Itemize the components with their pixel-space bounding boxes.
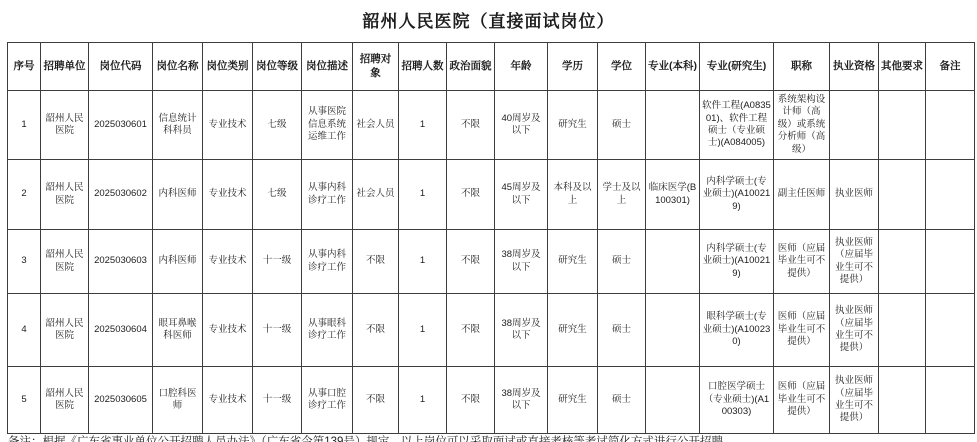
- table-cell: 社会人员: [353, 91, 399, 160]
- table-cell: 2025030601: [89, 91, 153, 160]
- table-cell: [646, 230, 700, 294]
- table-cell: 执业医师（应届毕业生可不提供）: [830, 367, 879, 434]
- column-header: 学位: [598, 43, 646, 91]
- table-cell: 2025030602: [89, 160, 153, 230]
- table-cell: 2025030604: [89, 294, 153, 367]
- table-cell: 内科医师: [153, 160, 203, 230]
- table-cell: 38周岁及以下: [495, 294, 548, 367]
- table-cell: 眼耳鼻喉科医师: [153, 294, 203, 367]
- table-cell: 1: [8, 91, 41, 160]
- table-cell: [926, 367, 975, 434]
- table-cell: 韶州人民医院: [41, 230, 89, 294]
- table-cell: 从事内科诊疗工作: [302, 160, 353, 230]
- table-cell: 1: [399, 160, 447, 230]
- table-header-row: 序号招聘单位岗位代码岗位名称岗位类别岗位等级岗位描述招聘对象招聘人数政治面貌年龄…: [8, 43, 975, 91]
- table-cell: [879, 367, 926, 434]
- table-cell: 医师（应届毕业生可不提供）: [774, 294, 830, 367]
- table-cell: 2: [8, 160, 41, 230]
- table-cell: 1: [399, 367, 447, 434]
- table-cell: [646, 91, 700, 160]
- table-cell: 不限: [447, 230, 495, 294]
- table-cell: 十一级: [253, 367, 302, 434]
- column-header: 招聘单位: [41, 43, 89, 91]
- table-cell: 45周岁及以下: [495, 160, 548, 230]
- table-cell: 内科医师: [153, 230, 203, 294]
- table-cell: 不限: [353, 230, 399, 294]
- table-cell: 3: [8, 230, 41, 294]
- column-header: 职称: [774, 43, 830, 91]
- table-cell: 从事医院信息系统运维工作: [302, 91, 353, 160]
- column-header: 学历: [548, 43, 598, 91]
- table-cell: 信息统计科科员: [153, 91, 203, 160]
- table-cell: 学士及以上: [598, 160, 646, 230]
- table-cell: 韶州人民医院: [41, 91, 89, 160]
- table-cell: 硕士: [598, 367, 646, 434]
- table-cell: 硕士: [598, 91, 646, 160]
- table-cell: 4: [8, 294, 41, 367]
- column-header: 岗位代码: [89, 43, 153, 91]
- table-cell: [879, 160, 926, 230]
- table-cell: 系统架构设计师（高级）或系统分析师（高级）: [774, 91, 830, 160]
- recruitment-table: 序号招聘单位岗位代码岗位名称岗位类别岗位等级岗位描述招聘对象招聘人数政治面貌年龄…: [7, 42, 975, 434]
- column-header: 岗位等级: [253, 43, 302, 91]
- page: 韶州人民医院（直接面试岗位） 序号招聘单位岗位代码岗位名称岗位类别岗位等级岗位描…: [0, 0, 977, 442]
- table-cell: 不限: [447, 160, 495, 230]
- table-cell: [879, 91, 926, 160]
- column-header: 专业(研究生): [700, 43, 774, 91]
- table-cell: 眼科学硕士(专业硕士)(A100230): [700, 294, 774, 367]
- table-cell: [926, 294, 975, 367]
- table-cell: [926, 160, 975, 230]
- table-cell: 2025030605: [89, 367, 153, 434]
- table-cell: 社会人员: [353, 160, 399, 230]
- table-cell: 硕士: [598, 294, 646, 367]
- table-cell: 38周岁及以下: [495, 367, 548, 434]
- table-cell: 七级: [253, 91, 302, 160]
- table-cell: 执业医师（应届毕业生可不提供）: [830, 230, 879, 294]
- table-cell: 医师（应届毕业生可不提供）: [774, 230, 830, 294]
- table-cell: 十一级: [253, 294, 302, 367]
- table-cell: [879, 230, 926, 294]
- table-cell: 1: [399, 230, 447, 294]
- table-cell: 5: [8, 367, 41, 434]
- table-cell: 硕士: [598, 230, 646, 294]
- table-cell: [879, 294, 926, 367]
- table-cell: 专业技术: [203, 160, 253, 230]
- table-cell: 口腔科医师: [153, 367, 203, 434]
- column-header: 岗位类别: [203, 43, 253, 91]
- table-cell: 从事眼科诊疗工作: [302, 294, 353, 367]
- table-cell: 研究生: [548, 91, 598, 160]
- table-cell: 不限: [447, 367, 495, 434]
- table-cell: 临床医学(B100301): [646, 160, 700, 230]
- column-header: 岗位名称: [153, 43, 203, 91]
- table-cell: 韶州人民医院: [41, 160, 89, 230]
- table-row: 2韶州人民医院2025030602内科医师专业技术七级从事内科诊疗工作社会人员1…: [8, 160, 975, 230]
- table-cell: 执业医师（应届毕业生可不提供）: [830, 294, 879, 367]
- table-cell: 副主任医师: [774, 160, 830, 230]
- page-title: 韶州人民医院（直接面试岗位）: [0, 7, 977, 32]
- table-cell: 从事内科诊疗工作: [302, 230, 353, 294]
- table-cell: [646, 367, 700, 434]
- table-cell: 不限: [353, 294, 399, 367]
- table-cell: 专业技术: [203, 294, 253, 367]
- table-cell: [926, 230, 975, 294]
- table-cell: 内科学硕士(专业硕士)(A100219): [700, 160, 774, 230]
- column-header: 招聘对象: [353, 43, 399, 91]
- table-cell: 十一级: [253, 230, 302, 294]
- table-cell: 执业医师: [830, 160, 879, 230]
- column-header: 序号: [8, 43, 41, 91]
- table-cell: 七级: [253, 160, 302, 230]
- table-cell: 研究生: [548, 294, 598, 367]
- column-header: 备注: [926, 43, 975, 91]
- table-cell: 不限: [447, 294, 495, 367]
- table-cell: [646, 294, 700, 367]
- table-cell: [926, 91, 975, 160]
- table-cell: 专业技术: [203, 230, 253, 294]
- table-cell: 软件工程(A083501)、软件工程硕士（专业硕士)(A084005): [700, 91, 774, 160]
- table-cell: 研究生: [548, 367, 598, 434]
- table-cell: 口腔医学硕士（专业硕士)(A100303): [700, 367, 774, 434]
- table-row: 5韶州人民医院2025030605口腔科医师专业技术十一级从事口腔诊疗工作不限1…: [8, 367, 975, 434]
- table-cell: 本科及以上: [548, 160, 598, 230]
- table-cell: 不限: [447, 91, 495, 160]
- table-cell: 40周岁及以下: [495, 91, 548, 160]
- column-header: 年龄: [495, 43, 548, 91]
- table-cell: 内科学硕士(专业硕士)(A100219): [700, 230, 774, 294]
- table-row: 4韶州人民医院2025030604眼耳鼻喉科医师专业技术十一级从事眼科诊疗工作不…: [8, 294, 975, 367]
- table-cell: 1: [399, 91, 447, 160]
- table-row: 3韶州人民医院2025030603内科医师专业技术十一级从事内科诊疗工作不限1不…: [8, 230, 975, 294]
- table-cell: 医师（应届毕业生可不提供）: [774, 367, 830, 434]
- table-cell: 专业技术: [203, 91, 253, 160]
- table-cell: 从事口腔诊疗工作: [302, 367, 353, 434]
- table-cell: 不限: [353, 367, 399, 434]
- table-cell: 研究生: [548, 230, 598, 294]
- table-row: 1韶州人民医院2025030601信息统计科科员专业技术七级从事医院信息系统运维…: [8, 91, 975, 160]
- column-header: 政治面貌: [447, 43, 495, 91]
- table-cell: 韶州人民医院: [41, 367, 89, 434]
- column-header: 其他要求: [879, 43, 926, 91]
- table-cell: 2025030603: [89, 230, 153, 294]
- footer-note: 备注：根据《广东省事业单位公开招聘人员办法》（广东省令第139号）规定，以上岗位…: [8, 433, 723, 442]
- column-header: 专业(本科): [646, 43, 700, 91]
- column-header: 执业资格: [830, 43, 879, 91]
- table-cell: 韶州人民医院: [41, 294, 89, 367]
- table-cell: 1: [399, 294, 447, 367]
- column-header: 岗位描述: [302, 43, 353, 91]
- table-cell: 专业技术: [203, 367, 253, 434]
- table-cell: [830, 91, 879, 160]
- table-cell: 38周岁及以下: [495, 230, 548, 294]
- column-header: 招聘人数: [399, 43, 447, 91]
